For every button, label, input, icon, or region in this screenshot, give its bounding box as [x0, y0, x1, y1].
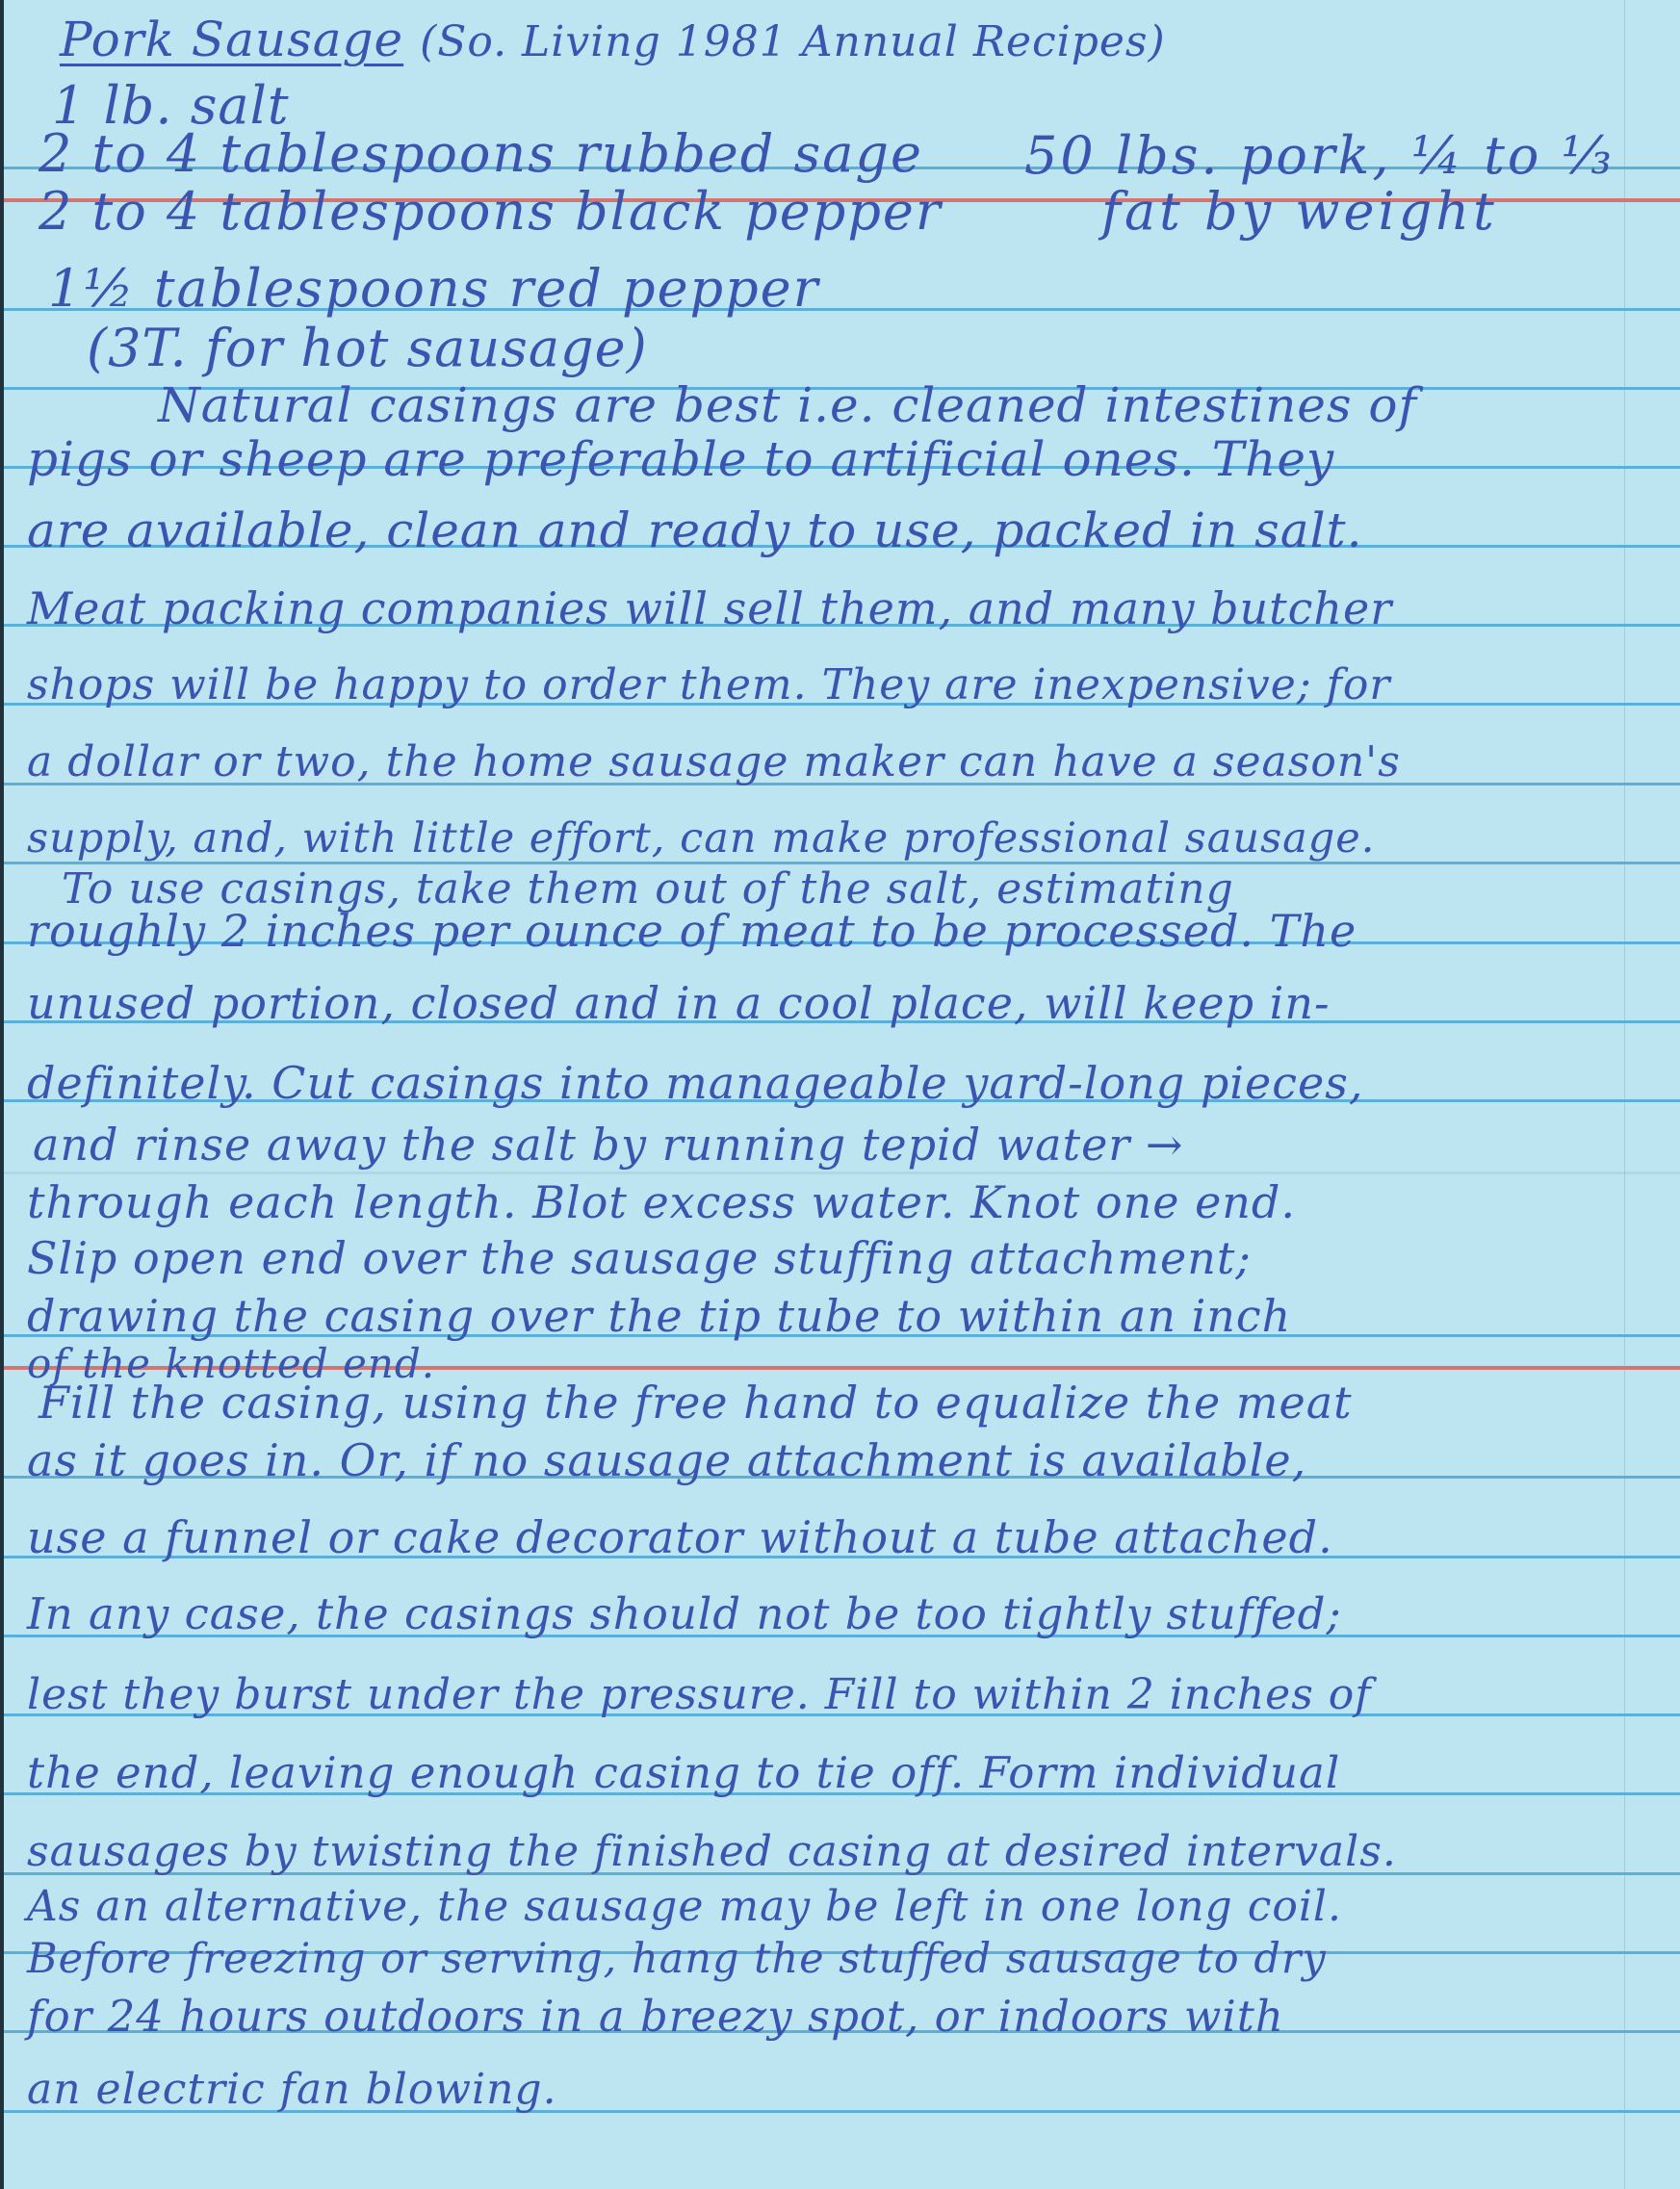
body-line: shops will be happy to order them. They … — [27, 660, 1390, 709]
body-line: pigs or sheep are preferable to artifici… — [27, 431, 1334, 487]
body-line: unused portion, closed and in a cool pla… — [27, 977, 1331, 1029]
meat-note-line: fat by weight — [1101, 181, 1498, 242]
ruled-paper-sheet: Pork Sausage (So. Living 1981 Annual Rec… — [0, 0, 1680, 2189]
body-line: Fill the casing, using the free hand to … — [39, 1377, 1353, 1429]
recipe-source: (So. Living 1981 Annual Recipes) — [420, 17, 1166, 66]
body-line: are available, clean and ready to use, p… — [27, 502, 1363, 558]
body-line: Meat packing companies will sell them, a… — [27, 582, 1392, 634]
recipe-title: Pork Sausage — [60, 12, 403, 67]
paper-fold — [1624, 0, 1625, 2189]
body-line: In any case, the casings should not be t… — [27, 1588, 1342, 1639]
body-line: lest they burst under the pressure. Fill… — [27, 1670, 1372, 1719]
ingredient-line: 2 to 4 tablespoons black pepper — [39, 181, 943, 242]
body-line: for 24 hours outdoors in a breezy spot, … — [27, 1991, 1284, 2042]
body-line: Before freezing or serving, hang the stu… — [27, 1935, 1327, 1983]
body-line: Natural casings are best i.e. cleaned in… — [158, 377, 1417, 433]
body-line: definitely. Cut casings into manageable … — [27, 1057, 1363, 1109]
body-line: the end, leaving enough casing to tie of… — [27, 1747, 1340, 1798]
body-line: an electric fan blowing. — [27, 2065, 557, 2114]
body-line: as it goes in. Or, if no sausage attachm… — [27, 1434, 1306, 1486]
scan-seam — [4, 1172, 1680, 1174]
recipe-title-line: Pork Sausage (So. Living 1981 Annual Rec… — [60, 12, 1166, 67]
body-line: through each length. Blot excess water. … — [27, 1176, 1296, 1228]
ingredient-line: (3T. for hot sausage) — [87, 318, 648, 378]
body-line: roughly 2 inches per ounce of meat to be… — [27, 905, 1357, 957]
ingredient-line: 2 to 4 tablespoons rubbed sage — [39, 123, 923, 184]
ingredient-line: 1½ tablespoons red pepper — [48, 258, 819, 319]
body-line: sausages by twisting the finished casing… — [27, 1827, 1397, 1876]
body-line: a dollar or two, the home sausage maker … — [27, 737, 1401, 786]
body-line: use a funnel or cake decorator without a… — [27, 1511, 1333, 1563]
body-line: and rinse away the salt by running tepid… — [33, 1119, 1183, 1171]
meat-note-line: 50 lbs. pork, ¼ to ⅓ — [1024, 125, 1615, 186]
body-line: supply, and, with little effort, can mak… — [27, 814, 1375, 863]
body-line: As an alternative, the sausage may be le… — [27, 1882, 1342, 1931]
body-line: drawing the casing over the tip tube to … — [27, 1290, 1291, 1342]
body-line: Slip open end over the sausage stuffing … — [27, 1232, 1252, 1284]
